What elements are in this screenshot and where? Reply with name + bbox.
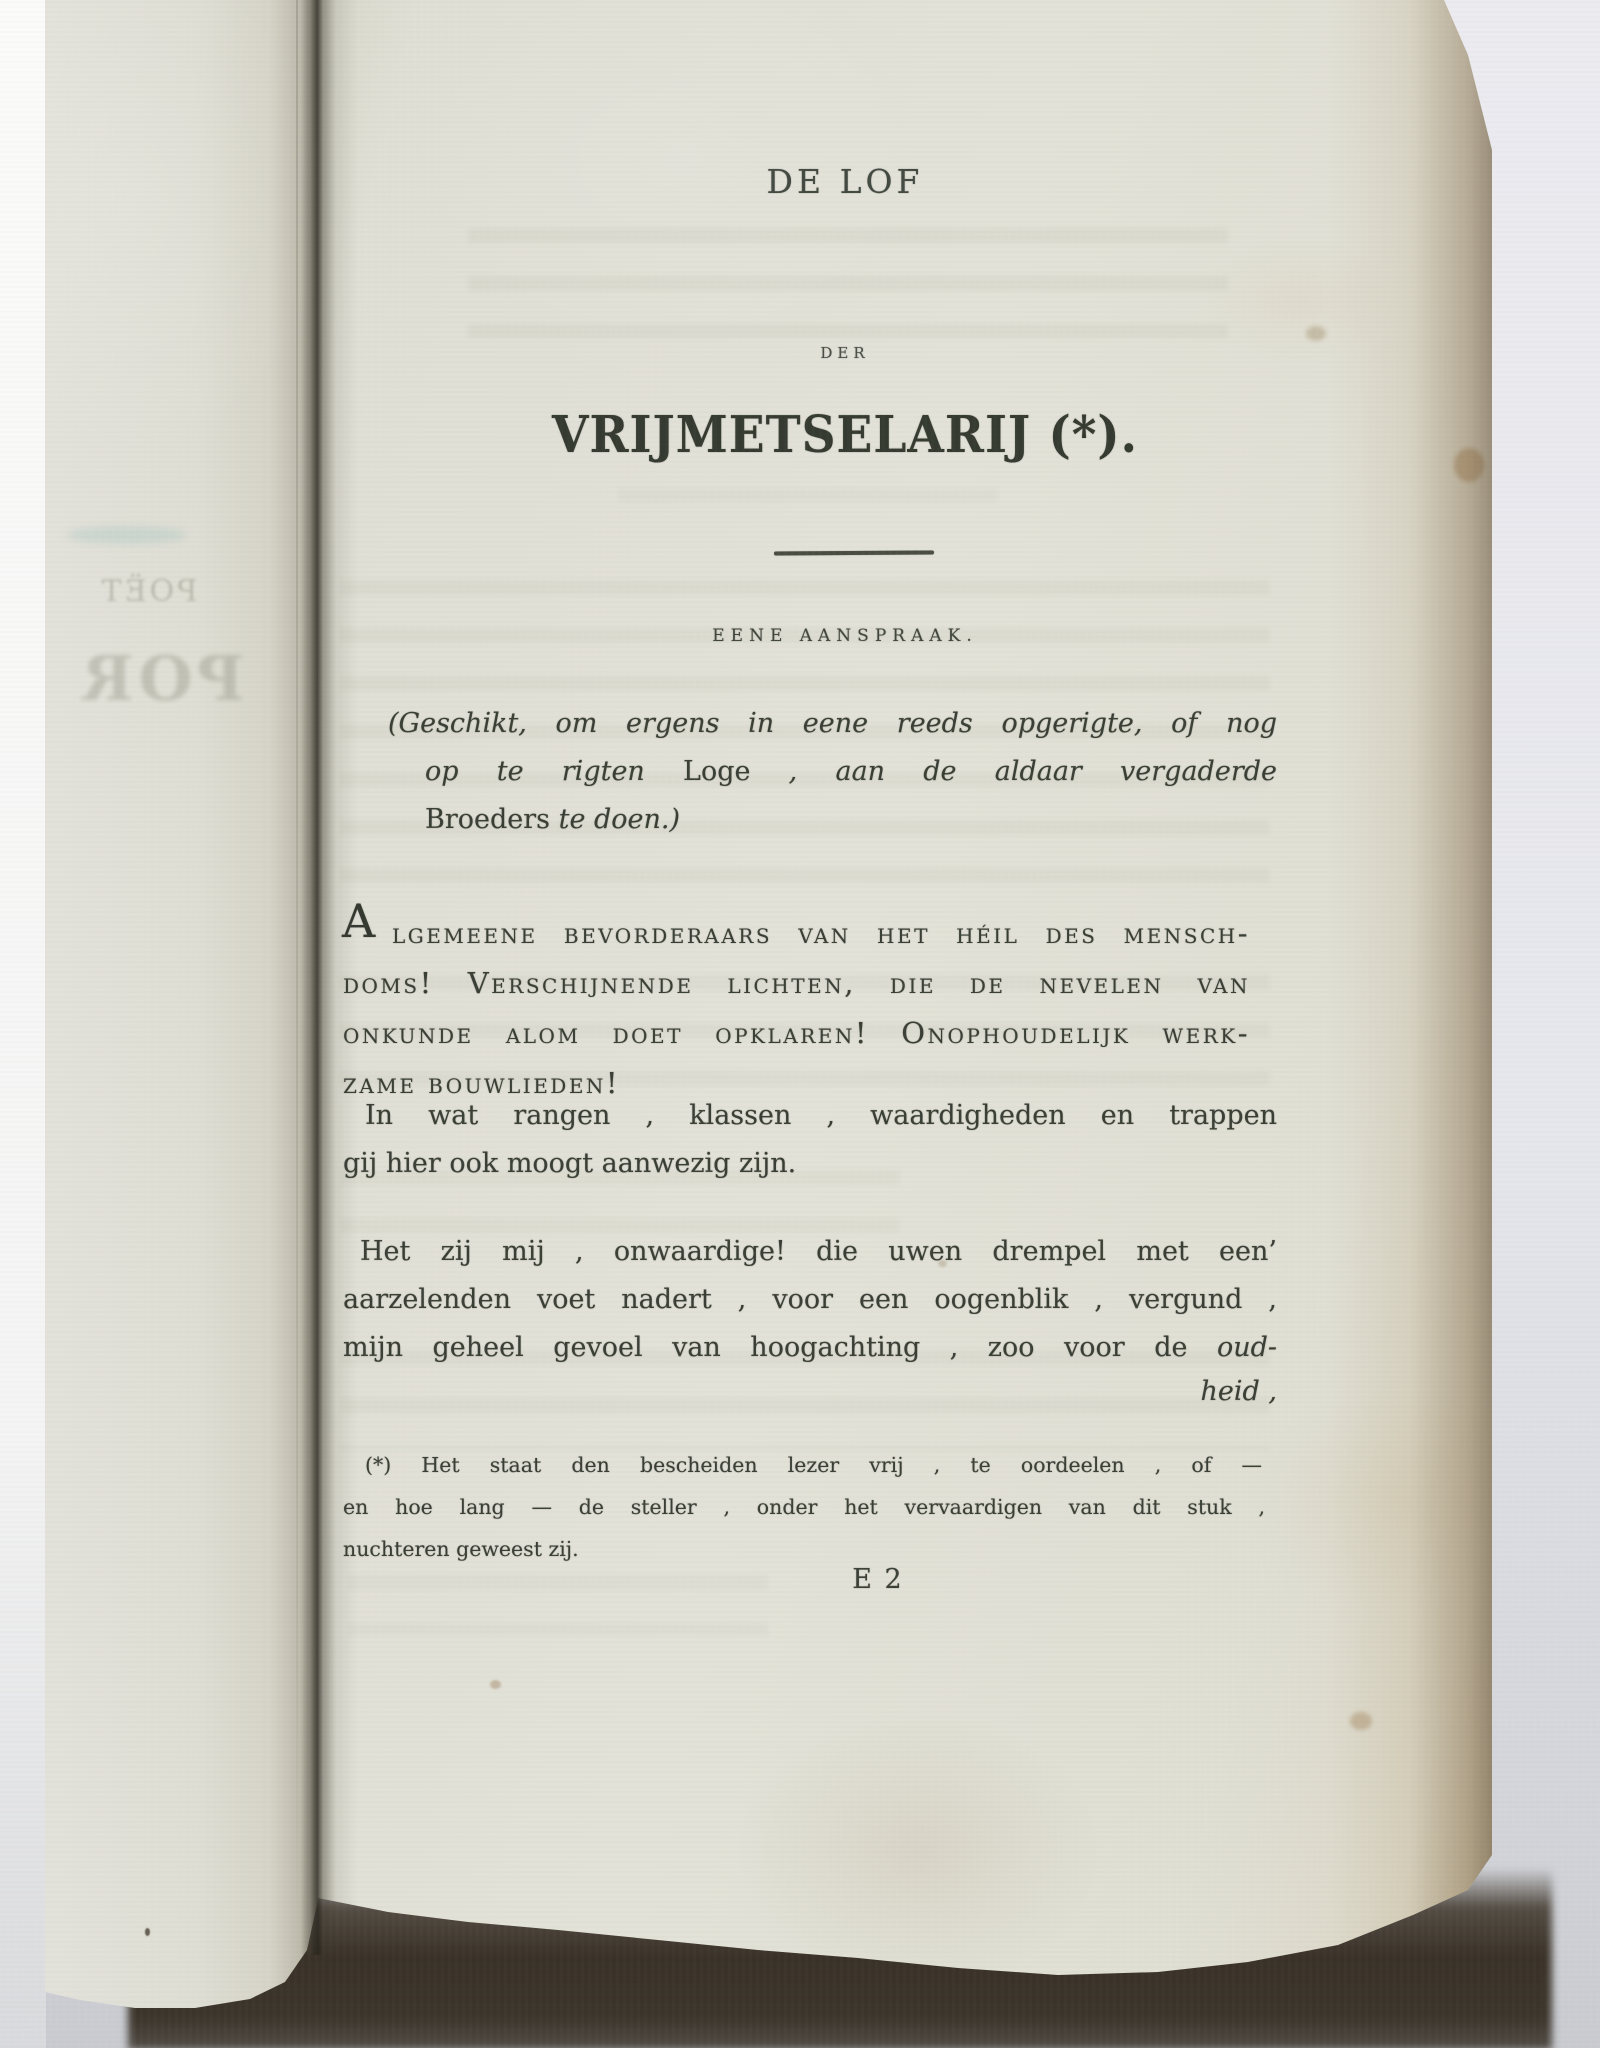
- intro-note-segment: op te rigten: [425, 756, 683, 787]
- show-through-band: [340, 1170, 900, 1240]
- foxing-spot: [490, 1680, 501, 1689]
- show-through-text: POR: [53, 642, 268, 715]
- footnote-line: nuchteren geweest zij.: [343, 1536, 843, 1562]
- intro-note-line: Broeders te doen.): [425, 804, 1125, 835]
- series-word: DER: [318, 344, 1372, 362]
- left-page: POËT POR: [45, 0, 318, 2014]
- show-through-band: [468, 228, 1228, 338]
- gutter-shadow: [300, 0, 336, 1955]
- intro-note-segment: Loge: [683, 756, 750, 787]
- main-title: VRIJMETSELARIJ (*).: [318, 406, 1372, 465]
- address-line: lgemeene bevorderaars van het héil des m…: [392, 918, 1250, 948]
- footnote-line: en hoe lang — de steller , onder het ver…: [343, 1494, 1265, 1520]
- backdrop-left-strip: [0, 0, 46, 2048]
- address-line: zame bouwlieden!: [343, 1068, 1043, 1098]
- intro-note-segment: Broeders: [425, 804, 559, 835]
- paragraph-line: In wat rangen , klassen , waardigheden e…: [365, 1100, 1277, 1132]
- drop-initial: A: [342, 898, 375, 944]
- page-crease: [296, 0, 298, 1960]
- show-through-band: [618, 488, 998, 528]
- intro-note-segment: , aan de aldaar vergaderde: [750, 756, 1277, 787]
- address-line: onkunde alom doet opklaren! Onophoudelij…: [343, 1018, 1250, 1048]
- paragraph-line: gij hier ook moogt aanwezig zijn.: [343, 1148, 1043, 1180]
- intro-note-line: (Geschikt, om ergens in eene reeds opger…: [388, 708, 1277, 739]
- show-through-text: POËT: [63, 574, 233, 609]
- right-page: DE LOF DER VRIJMETSELARIJ (*). EENE AANS…: [318, 0, 1492, 1998]
- foxing-spot: [1454, 448, 1484, 482]
- foxing-spot: [1350, 1712, 1372, 1730]
- subtitle: EENE AANSPRAAK.: [318, 626, 1372, 646]
- footnote-line: (*) Het staat den bescheiden lezer vrij …: [365, 1452, 1262, 1478]
- paragraph-line: aarzelenden voet nadert , voor een oogen…: [343, 1284, 1277, 1316]
- paragraph-line: mijn geheel gevoel van hoogachting , zoo…: [343, 1332, 1277, 1364]
- paragraph-segment-italic: oud-: [1217, 1332, 1277, 1363]
- divider-rule: [774, 550, 934, 555]
- half-title: DE LOF: [318, 162, 1372, 201]
- catchword: heid ,: [938, 1376, 1277, 1407]
- foxing-spot: [1306, 326, 1326, 341]
- intro-note-line: op te rigten Loge , aan de aldaar vergad…: [425, 756, 1277, 787]
- book-photograph: POËT POR DE LOF DER VRIJMETSELARIJ (*). …: [0, 0, 1600, 2048]
- ink-smudge: [67, 526, 187, 544]
- paper-speck: [145, 1928, 150, 1936]
- paragraph-segment: mijn geheel gevoel van hoogachting , zoo…: [343, 1332, 1217, 1363]
- address-line: doms! Verschijnende lichten, die de neve…: [343, 968, 1250, 998]
- signature-mark: E 2: [578, 1564, 1178, 1595]
- intro-note-segment: te doen.): [559, 804, 680, 835]
- paragraph-line: Het zij mij , onwaardige! die uwen dremp…: [360, 1236, 1277, 1268]
